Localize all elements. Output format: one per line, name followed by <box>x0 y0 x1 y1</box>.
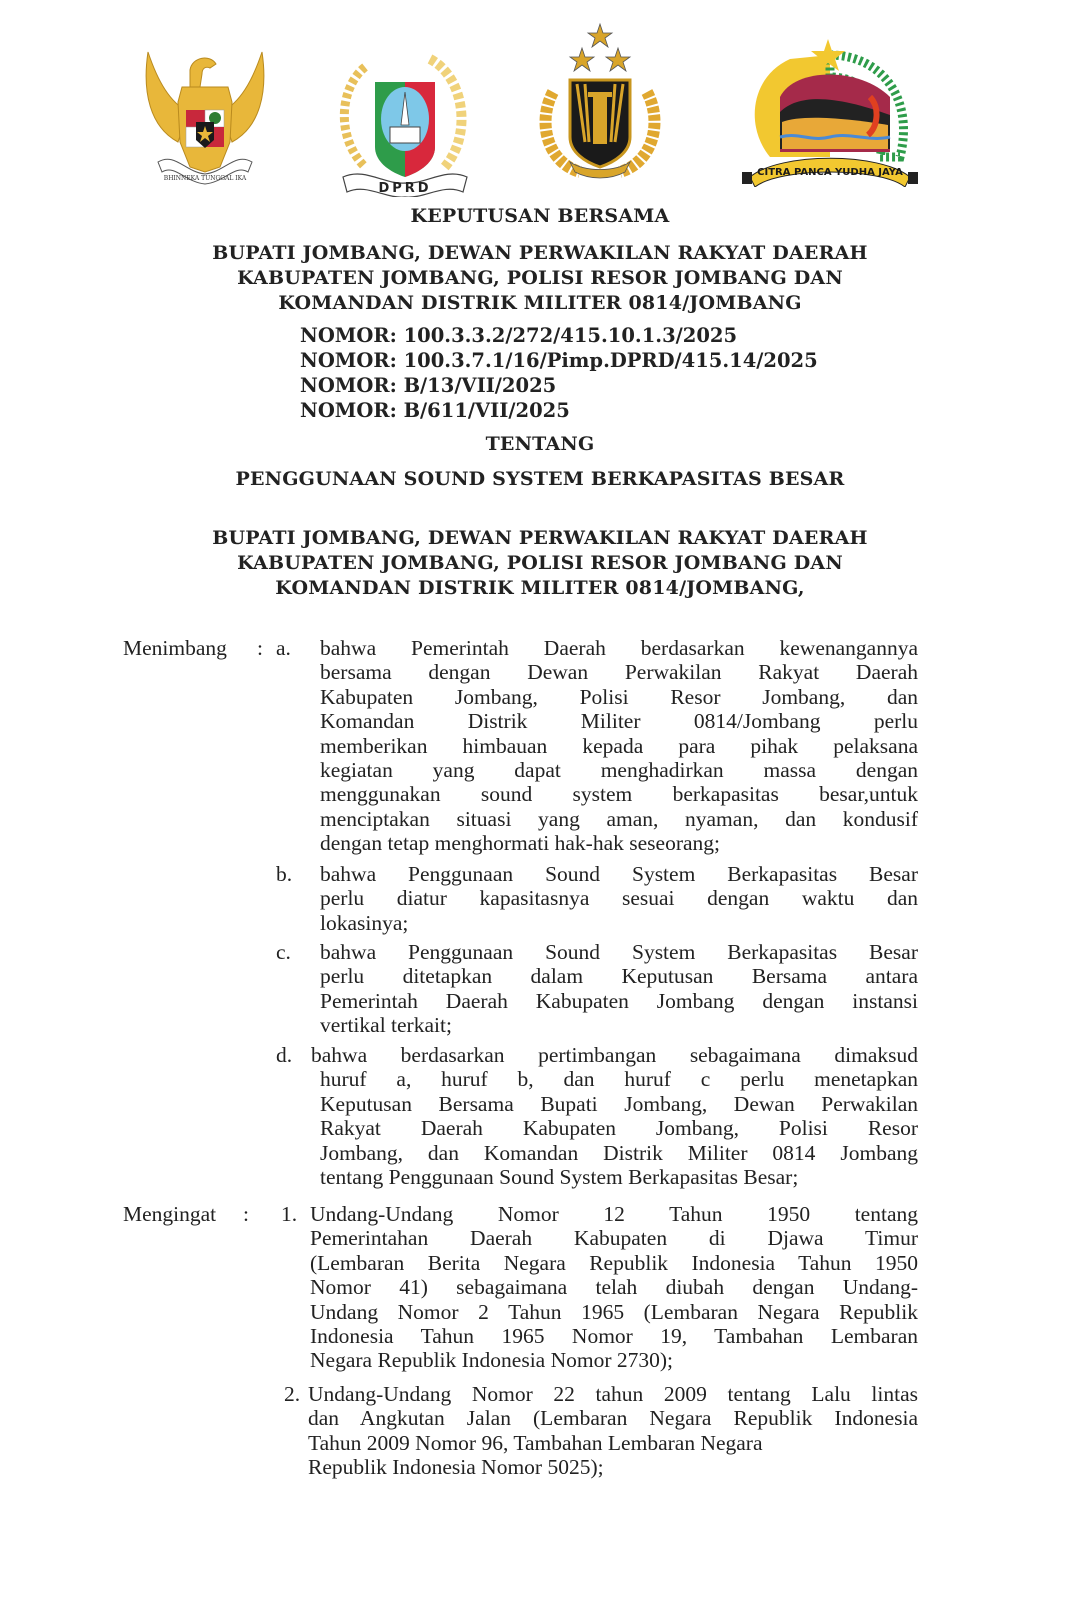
text-line: dengan tetap menghormati hak-hak seseora… <box>320 831 918 855</box>
issuer-line: KABUPATEN JOMBANG, POLISI RESOR JOMBANG … <box>0 266 1080 291</box>
menimbang-item-a: bahwa Pemerintah Daerah berdasarkan kewe… <box>320 636 918 856</box>
text-line: dan Angkutan Jalan (Lembaran Negara Repu… <box>308 1406 918 1430</box>
mengingat-colon: : <box>243 1202 249 1227</box>
text-line: bahwa Pemerintah Daerah berdasarkan kewe… <box>320 636 918 660</box>
issuer-line: KOMANDAN DISTRIK MILITER 0814/JOMBANG, <box>0 576 1080 601</box>
text-line: Kabupaten Jombang, Polisi Resor Jombang,… <box>320 685 918 709</box>
text-line: Republik Indonesia Nomor 5025); <box>308 1455 918 1479</box>
mengingat-label: Mengingat <box>123 1202 216 1227</box>
document-number: NOMOR: 100.3.7.1/16/Pimp.DPRD/415.14/202… <box>300 348 818 373</box>
text-line: Negara Republik Indonesia Nomor 2730); <box>310 1348 918 1372</box>
text-line: Undang-Undang Nomor 22 tahun 2009 tentan… <box>308 1382 918 1406</box>
about-label-text: TENTANG <box>0 432 1080 457</box>
menimbang-label: Menimbang <box>123 636 227 661</box>
issuer-block: BUPATI JOMBANG, DEWAN PERWAKILAN RAKYAT … <box>0 241 1080 316</box>
document-subject: PENGGUNAAN SOUND SYSTEM BERKAPASITAS BES… <box>0 467 1080 492</box>
text-line: huruf a, huruf b, dan huruf c perlu mene… <box>311 1067 918 1091</box>
issuer-block-2: BUPATI JOMBANG, DEWAN PERWAKILAN RAKYAT … <box>0 526 1080 601</box>
text-line: bahwa Penggunaan Sound System Berkapasit… <box>320 862 918 886</box>
issuer-line: KABUPATEN JOMBANG, POLISI RESOR JOMBANG … <box>0 551 1080 576</box>
document-number: NOMOR: 100.3.3.2/272/415.10.1.3/2025 <box>300 323 818 348</box>
text-line: Undang-Undang Nomor 12 Tahun 1950 tentan… <box>310 1202 918 1226</box>
mengingat-item-1: Undang-Undang Nomor 12 Tahun 1950 tentan… <box>310 1202 918 1373</box>
svg-text:BHINNEKA TUNGGAL IKA: BHINNEKA TUNGGAL IKA <box>164 175 247 182</box>
text-line: menggunakan sound system berkapasitas be… <box>320 782 918 806</box>
about-label: TENTANG <box>0 432 1080 457</box>
issuer-line: BUPATI JOMBANG, DEWAN PERWAKILAN RAKYAT … <box>0 526 1080 551</box>
menimbang-item-b: bahwa Penggunaan Sound System Berkapasit… <box>320 862 918 935</box>
doc-type-title: KEPUTUSAN BERSAMA <box>0 204 1080 229</box>
item-marker: 2. <box>284 1382 300 1407</box>
subject-text: PENGGUNAAN SOUND SYSTEM BERKAPASITAS BES… <box>0 467 1080 492</box>
svg-text:CITRA PANCA YUDHA JAYA: CITRA PANCA YUDHA JAYA <box>757 167 903 178</box>
issuer-line: KOMANDAN DISTRIK MILITER 0814/JOMBANG <box>0 291 1080 316</box>
text-line: perlu ditetapkan dalam Keputusan Bersama… <box>320 964 918 988</box>
issuer-line: BUPATI JOMBANG, DEWAN PERWAKILAN RAKYAT … <box>0 241 1080 266</box>
svg-text:DPRD: DPRD <box>378 181 431 196</box>
polri-logo <box>525 22 675 192</box>
text-line: menciptakan situasi yang aman, nyaman, d… <box>320 807 918 831</box>
logo-row: BHINNEKA TUNGGAL IKA DPRD <box>0 22 1080 197</box>
document-numbers: NOMOR: 100.3.3.2/272/415.10.1.3/2025 NOM… <box>300 323 818 423</box>
item-marker: 1. <box>281 1202 297 1227</box>
kodam-logo: CITRA PANCA YUDHA JAYA <box>740 37 920 187</box>
menimbang-item-c: bahwa Penggunaan Sound System Berkapasit… <box>320 940 918 1038</box>
text-line: tentang Penggunaan Sound System Berkapas… <box>311 1165 918 1189</box>
text-line: kegiatan yang dapat menghadirkan massa d… <box>320 758 918 782</box>
text-line: bahwa berdasarkan pertimbangan sebagaima… <box>311 1043 918 1067</box>
item-marker: c. <box>276 940 291 965</box>
item-marker: b. <box>276 862 292 887</box>
text-line: (Lembaran Berita Negara Republik Indones… <box>310 1251 918 1275</box>
text-line: Pemerintahan Daerah Kabupaten di Djawa T… <box>310 1226 918 1250</box>
menimbang-colon: : <box>257 636 263 661</box>
dprd-logo: DPRD <box>335 47 475 197</box>
text-line: bahwa Penggunaan Sound System Berkapasit… <box>320 940 918 964</box>
text-line: Rakyat Daerah Kabupaten Jombang, Polisi … <box>311 1116 918 1140</box>
mengingat-item-2: Undang-Undang Nomor 22 tahun 2009 tentan… <box>308 1382 918 1480</box>
text-line: lokasinya; <box>320 911 918 935</box>
text-line: Komandan Distrik Militer 0814/Jombang pe… <box>320 709 918 733</box>
text-line: Tahun 2009 Nomor 96, Tambahan Lembaran N… <box>308 1431 918 1455</box>
document-type: KEPUTUSAN BERSAMA <box>0 204 1080 229</box>
text-line: bersama dengan Dewan Perwakilan Rakyat D… <box>320 660 918 684</box>
text-line: memberikan himbauan kepada para pihak pe… <box>320 734 918 758</box>
text-line: Undang Nomor 2 Tahun 1965 (Lembaran Nega… <box>310 1300 918 1324</box>
menimbang-item-d: bahwa berdasarkan pertimbangan sebagaima… <box>311 1043 918 1189</box>
garuda-pancasila-logo: BHINNEKA TUNGGAL IKA <box>140 42 270 197</box>
document-number: NOMOR: B/611/VII/2025 <box>300 398 818 423</box>
text-line: Jombang, dan Komandan Distrik Militer 08… <box>311 1141 918 1165</box>
item-marker: d. <box>276 1043 292 1068</box>
text-line: Nomor 41) sebagaimana telah diubah denga… <box>310 1275 918 1299</box>
text-line: vertikal terkait; <box>320 1013 918 1037</box>
text-line: Indonesia Tahun 1965 Nomor 19, Tambahan … <box>310 1324 918 1348</box>
text-line: Pemerintah Daerah Kabupaten Jombang deng… <box>320 989 918 1013</box>
item-marker: a. <box>276 636 291 661</box>
document-number: NOMOR: B/13/VII/2025 <box>300 373 818 398</box>
text-line: Keputusan Bersama Bupati Jombang, Dewan … <box>311 1092 918 1116</box>
text-line: perlu diatur kapasitasnya sesuai dengan … <box>320 886 918 910</box>
